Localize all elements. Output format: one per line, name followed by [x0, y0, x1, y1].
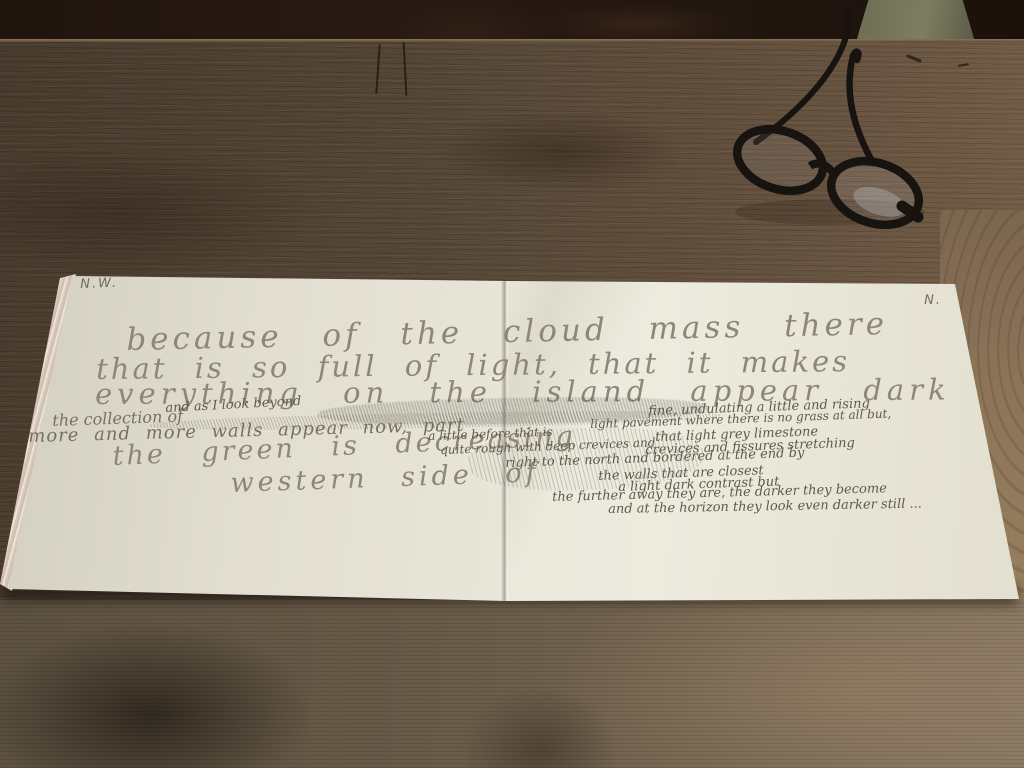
reading-glasses	[690, 0, 970, 240]
photo-scene: N.W. N. because of the cloud mass there …	[0, 0, 1024, 768]
glasses-temple-right	[850, 52, 873, 163]
open-sketchbook: N.W. N. because of the cloud mass there …	[0, 260, 1024, 612]
table-surface-lower	[0, 600, 1024, 768]
right-page-label: N.	[924, 293, 942, 308]
glasses-temple-left	[756, 12, 849, 142]
left-page-label: N.W.	[80, 276, 118, 292]
